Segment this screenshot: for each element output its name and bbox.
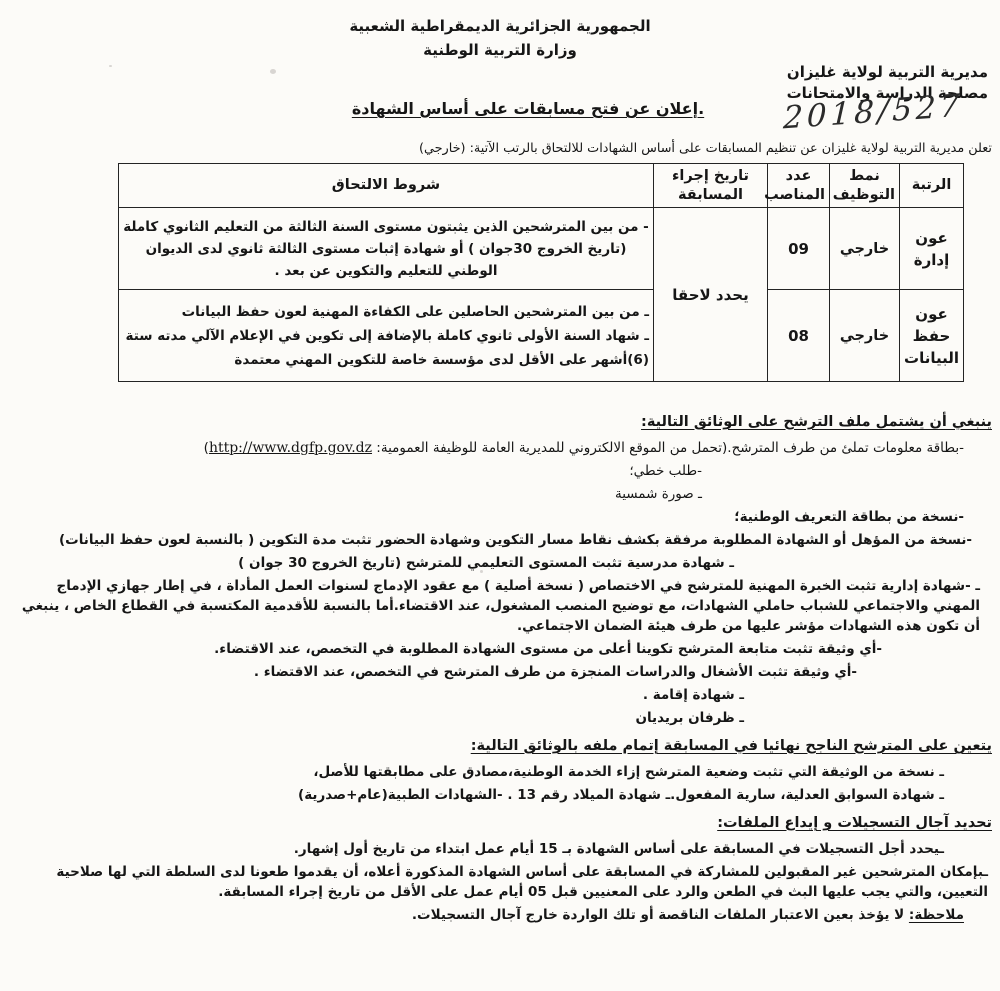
recruitment-table: الرتبة نمط التوظيف عدد المناصب تاريخ إجر… — [118, 163, 964, 382]
doc-item-text: -بطاقة معلومات تملئ من طرف المترشح.(تحمل… — [372, 440, 964, 456]
mode-cell: خارجي — [830, 208, 900, 290]
header-rank: الرتبة — [900, 164, 964, 208]
scan-speck — [270, 69, 276, 74]
rank-cell: عون إدارة — [900, 208, 964, 290]
dgfp-url: http://www.dgfp.gov.dz — [209, 440, 372, 456]
doc-item-experience-certificate: ـ -شهادة إدارية تثبت الخبرة المهنية للمت… — [8, 576, 980, 636]
announcement-title: .إعلان عن فتح مسابقات على أساس الشهادة — [352, 99, 704, 118]
note-line: ملاحظة: لا يؤخذ بعين الاعتبار الملفات ال… — [8, 905, 964, 925]
doc-item-written-request: -طلب خطي؛ — [8, 461, 702, 481]
positions-cell: 09 — [768, 208, 830, 290]
positions-cell: 08 — [768, 290, 830, 382]
final-file-section-heading: يتعين على المترشح الناجح نهائيا في المسا… — [8, 736, 992, 756]
directorate-line: مديرية التربية لولاية غليزان — [787, 62, 988, 83]
deadline-item-registration-period: ـيحدد أجل التسجيلات في المسابقة على أساس… — [8, 839, 944, 859]
header-employment-mode: نمط التوظيف — [830, 164, 900, 208]
table-header-row: الرتبة نمط التوظيف عدد المناصب تاريخ إجر… — [119, 164, 964, 208]
doc-item-envelopes: ـ ظرفان بريديان — [8, 708, 744, 728]
document-body: ينبغي أن يشتمل ملف الترشح على الوثائق ال… — [8, 404, 992, 928]
republic-line: الجمهورية الجزائرية الديمقراطية الشعبية — [0, 14, 1000, 38]
table-row-data-entry-agent: عون حفظ البيانات خارجي 08 ـ من بين المتر… — [119, 290, 964, 382]
final-item-judicial-record: ـ شهادة السوابق العدلية، سارية المفعول.ـ… — [8, 785, 944, 805]
intro-line: تعلن مديرية التربية لولاية غليزان عن تنظ… — [419, 141, 992, 156]
rank-cell: عون حفظ البيانات — [900, 290, 964, 382]
deadline-item-appeals: ـبإمكان المترشحين غير المقبولين للمشاركة… — [8, 862, 988, 902]
ministry-line: وزارة التربية الوطنية — [0, 38, 1000, 62]
conditions-cell: ـ من بين المترشحين الحاصلين على الكفاءة … — [119, 290, 654, 382]
header-conditions: شروط الالتحاق — [119, 164, 654, 208]
table-row-admin-agent: عون إدارة خارجي 09 يحدد لاحقا - من بين ا… — [119, 208, 964, 290]
deadlines-section-heading: تحديد آجال التسجيلات و إيداع الملفات: — [8, 813, 992, 833]
condition-line: ـ من بين المترشحين الحاصلين على الكفاءة … — [123, 300, 649, 324]
doc-item-id-copy: -نسخة من بطاقة التعريف الوطنية؛ — [8, 507, 964, 527]
doc-item-higher-training: -أي وثيقة تثبت متابعة المترشح تكوينا أعل… — [8, 639, 882, 659]
documents-section-heading: ينبغي أن يشتمل ملف الترشح على الوثائق ال… — [8, 412, 992, 432]
condition-line: ـ شهاد السنة الأولى ثانوي كاملة بالإضافة… — [123, 324, 649, 372]
note-text: لا يؤخذ بعين الاعتبار الملفات الناقصة أو… — [412, 907, 909, 923]
mode-cell: خارجي — [830, 290, 900, 382]
doc-item-school-certificate: ـ شهادة مدرسية تثبت المستوى التعليمي للم… — [8, 553, 734, 573]
doc-item-photo: ـ صورة شمسية — [8, 484, 702, 504]
conditions-cell: - من بين المترشحين الذين يثبتون مستوى ال… — [119, 208, 654, 290]
doc-item-residence-certificate: ـ شهادة إقامة . — [8, 685, 744, 705]
doc-item-works-studies: -أي وثيقة تثبت الأشغال والدراسات المنجزة… — [8, 662, 857, 682]
scan-speck — [109, 65, 112, 67]
doc-item-qualification-copy: -نسخة من المؤهل أو الشهادة المطلوبة مرفق… — [8, 530, 972, 550]
header-positions-count: عدد المناصب — [768, 164, 830, 208]
scanned-announcement-page: الجمهورية الجزائرية الديمقراطية الشعبية … — [0, 0, 1000, 991]
final-item-national-service: ـ نسخة من الوثيقة التي تثبت وضعية المترش… — [8, 762, 944, 782]
doc-item-info-card: -بطاقة معلومات تملئ من طرف المترشح.(تحمل… — [8, 438, 964, 458]
national-header: الجمهورية الجزائرية الديمقراطية الشعبية … — [0, 14, 1000, 62]
note-label: ملاحظة: — [909, 907, 964, 923]
header-competition-date: تاريخ إجراء المسابقة — [654, 164, 768, 208]
date-cell-merged: يحدد لاحقا — [654, 208, 768, 382]
